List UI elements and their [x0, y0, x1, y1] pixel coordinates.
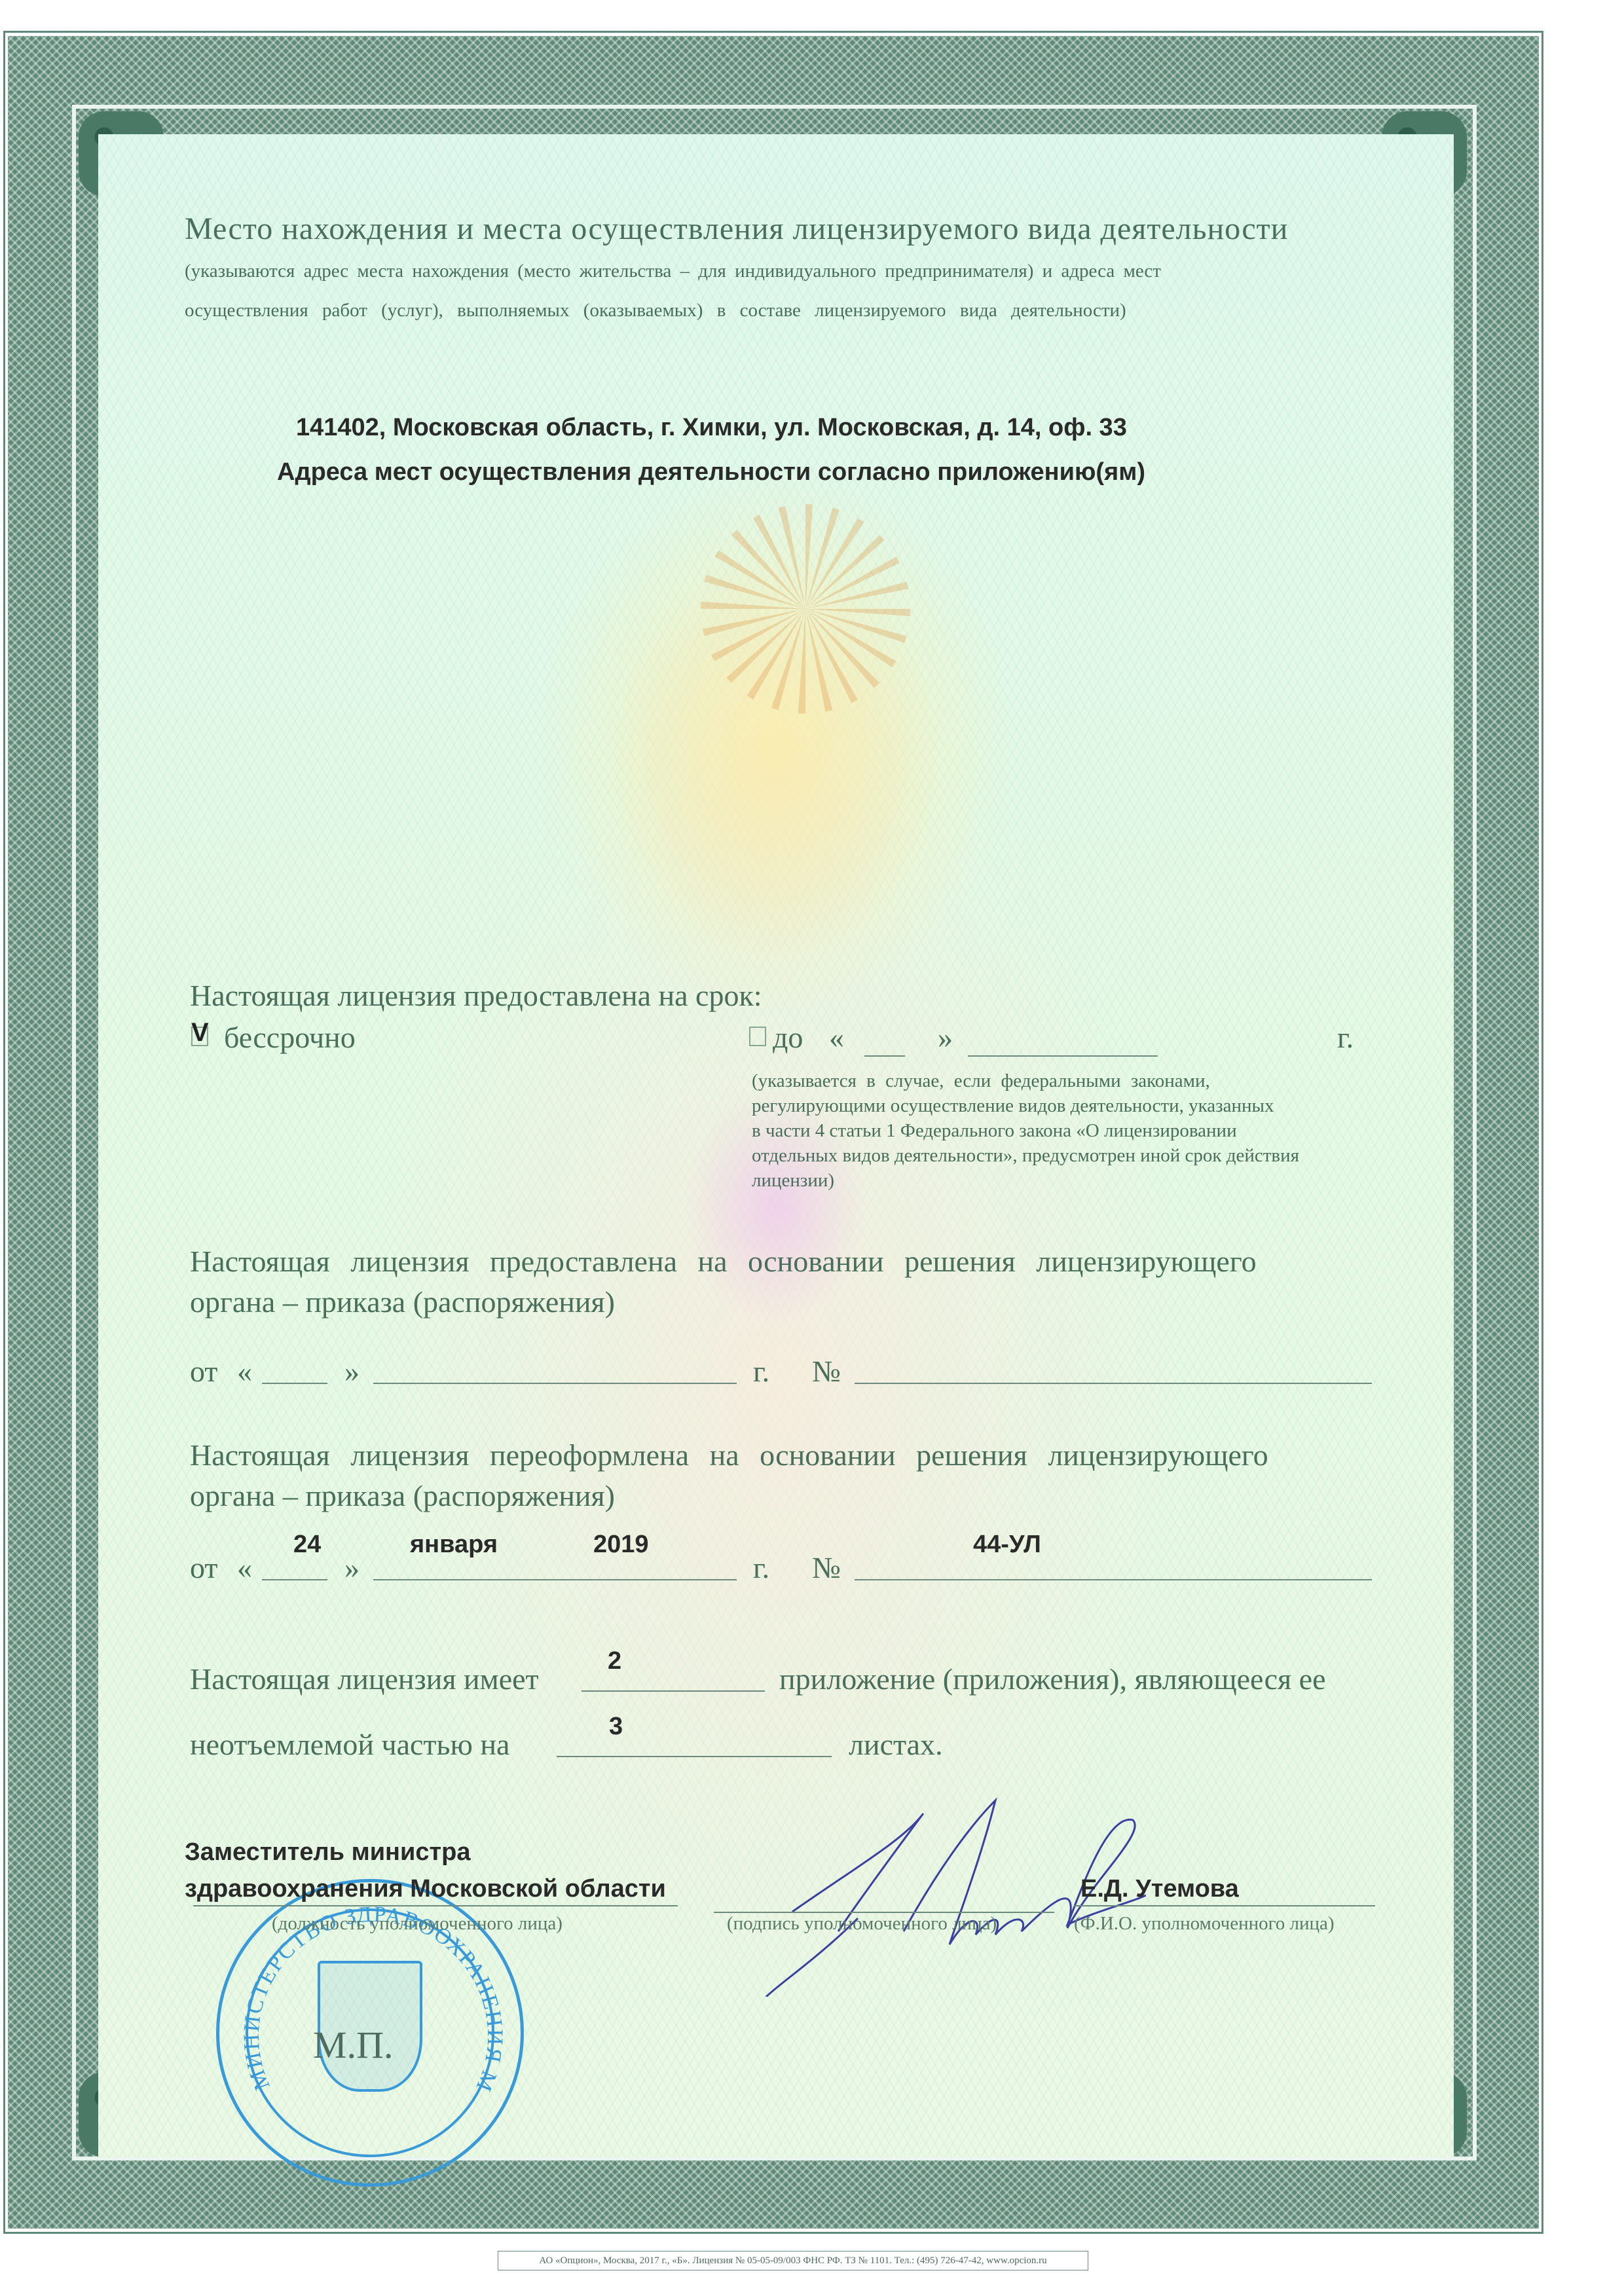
- term-note-line5: лицензии): [752, 1170, 834, 1192]
- reissued-day: 24: [293, 1531, 321, 1559]
- granted-line1: Настоящая лицензия предоставлена на осно…: [190, 1244, 1257, 1279]
- reissued-number-label: №: [812, 1550, 841, 1585]
- reissued-line2: органа – приказа (распоряжения): [190, 1478, 615, 1513]
- until-year-suffix: г.: [1337, 1020, 1354, 1055]
- granted-from-label: от: [190, 1354, 218, 1389]
- granted-number-field[interactable]: [855, 1383, 1372, 1384]
- term-note-line4: отдельных видов деятельности», предусмот…: [752, 1145, 1299, 1167]
- sheets-count-field[interactable]: [557, 1756, 832, 1757]
- reissued-number-field[interactable]: [855, 1579, 1372, 1580]
- granted-day-field[interactable]: [262, 1383, 327, 1384]
- reissued-month-year-field[interactable]: [373, 1579, 737, 1580]
- location-note-line2: осуществления работ (услуг), выполняемых…: [185, 300, 1126, 321]
- position-underline: [193, 1905, 678, 1906]
- reissued-day-field[interactable]: [262, 1579, 327, 1580]
- name-underline: [1074, 1905, 1375, 1906]
- reissued-close-quote: »: [344, 1550, 360, 1585]
- term-note-line2: регулирующими осуществление видов деятел…: [752, 1095, 1274, 1117]
- sheets-count: 3: [609, 1713, 623, 1741]
- granted-year-suffix: г.: [753, 1354, 769, 1389]
- granted-month-year-field[interactable]: [373, 1383, 737, 1384]
- until-open-quote: «: [829, 1020, 844, 1055]
- appendix-text-before: Настоящая лицензия имеет: [190, 1662, 539, 1696]
- location-note-line1: (указываются адрес места нахождения (мес…: [185, 261, 1161, 282]
- check-mark-icon: V: [191, 1018, 209, 1048]
- granted-number-label: №: [812, 1354, 841, 1389]
- until-date-checkbox[interactable]: [749, 1027, 766, 1046]
- sheets-text-after: листах.: [849, 1727, 943, 1762]
- handwritten-signature: [688, 1761, 1146, 1997]
- until-day-field[interactable]: [864, 1055, 905, 1057]
- granted-open-quote: «: [237, 1354, 252, 1389]
- appendix-text-after: приложение (приложения), являющееся ее: [779, 1662, 1326, 1696]
- license-address: 141402, Московская область, г. Химки, ул…: [296, 414, 1127, 442]
- position-line1: Заместитель министра: [185, 1838, 470, 1867]
- signatory-name: Е.Д. Утемова: [1080, 1875, 1239, 1903]
- printer-imprint: АО «Опцион», Москва, 2017 г., «Б». Лицен…: [498, 2251, 1088, 2270]
- until-label: до: [773, 1020, 803, 1055]
- position-line2: здравоохранения Московской области: [185, 1875, 666, 1903]
- guilloche-rosette: [701, 504, 910, 714]
- until-close-quote: »: [938, 1020, 953, 1055]
- until-month-year-field[interactable]: [968, 1055, 1158, 1057]
- term-note-line1: (указывается в случае, если федеральными…: [752, 1070, 1210, 1092]
- indefinite-label: бессрочно: [224, 1020, 356, 1055]
- granted-line2: органа – приказа (распоряжения): [190, 1285, 615, 1319]
- signature-caption: (подпись уполномоченного лица): [727, 1913, 997, 1935]
- appendix-count: 2: [608, 1647, 621, 1675]
- name-caption: (Ф.И.О. уполномоченного лица): [1074, 1913, 1335, 1935]
- reissued-from-label: от: [190, 1550, 218, 1585]
- term-label: Настоящая лицензия предоставлена на срок…: [190, 978, 762, 1013]
- sheets-text-before: неотъемлемой частью на: [190, 1727, 509, 1762]
- reissued-year: 2019: [593, 1531, 649, 1559]
- position-caption: (должность уполномоченного лица): [272, 1913, 563, 1935]
- activity-places: Адреса мест осуществления деятельности с…: [277, 458, 1145, 486]
- reissued-year-suffix: г.: [753, 1550, 769, 1585]
- appendix-count-field[interactable]: [581, 1690, 765, 1692]
- seal-placeholder: М.П.: [313, 2023, 393, 2067]
- reissued-number: 44-УЛ: [973, 1531, 1041, 1559]
- location-heading: Место нахождения и места осуществления л…: [185, 211, 1288, 247]
- term-note-line3: в части 4 статьи 1 Федерального закона «…: [752, 1120, 1237, 1142]
- reissued-line1: Настоящая лицензия переоформлена на осно…: [190, 1438, 1268, 1472]
- reissued-open-quote: «: [237, 1550, 252, 1585]
- granted-close-quote: »: [344, 1354, 360, 1389]
- reissued-month: января: [410, 1531, 498, 1559]
